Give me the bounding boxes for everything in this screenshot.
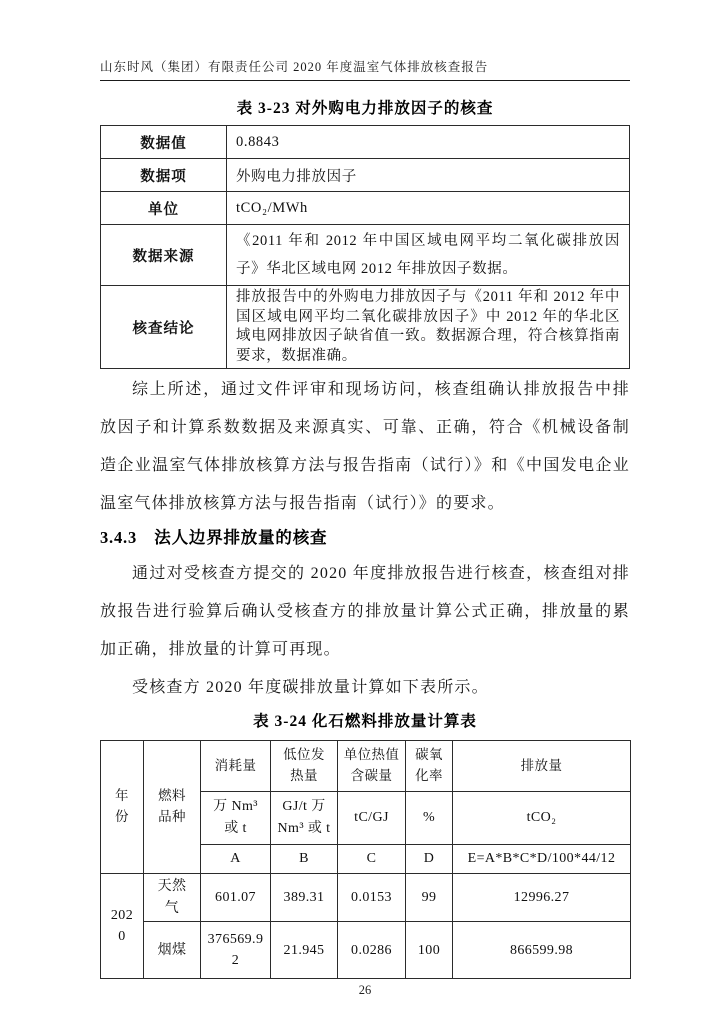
t324-formula-e: E=A*B*C*D/100*44/12 — [453, 845, 631, 874]
table-row: 数据值 0.8843 — [101, 126, 630, 159]
page-content: 山东时风（集团）有限责任公司 2020 年度温室气体排放核查报告 表 3-23 … — [100, 57, 630, 998]
t323-label-data-value: 数据值 — [101, 126, 227, 159]
table-header-row: 年份 燃料品种 消耗量 低位发热量 单位热值含碳量 碳氧化率 排放量 — [101, 741, 631, 792]
page-number: 26 — [100, 983, 630, 998]
table-323: 数据值 0.8843 数据项 外购电力排放因子 单位 tCO₂/MWh 数据来源… — [100, 125, 630, 369]
t323-label-data-item: 数据项 — [101, 159, 227, 192]
t323-value-data-source: 《2011 年和 2012 年中国区域电网平均二氧化碳排放因子》华北区域电网 2… — [227, 225, 630, 286]
running-header-title: 山东时风（集团）有限责任公司 2020 年度温室气体排放核查报告 — [100, 60, 488, 74]
t323-label-verification-conclusion: 核查结论 — [101, 286, 227, 369]
t324-ncv-coal: 21.945 — [271, 922, 338, 979]
t324-carbon-content-natural-gas: 0.0153 — [338, 874, 406, 922]
t324-fuel-natural-gas: 天然气 — [144, 874, 201, 922]
table-data-row-coal: 烟煤 376569.92 21.945 0.0286 100 866599.98 — [101, 922, 631, 979]
t324-consumption-coal: 376569.92 — [201, 922, 271, 979]
t323-label-data-source: 数据来源 — [101, 225, 227, 286]
t323-value-verification-conclusion: 排放报告中的外购电力排放因子与《2011 年和 2012 年中国区域电网平均二氧… — [227, 286, 630, 369]
t324-letter-c: C — [338, 845, 406, 874]
table-row: 单位 tCO₂/MWh — [101, 192, 630, 225]
t324-oxidation-rate-coal: 100 — [406, 922, 453, 979]
t324-oxidation-rate-natural-gas: 99 — [406, 874, 453, 922]
t324-ncv-natural-gas: 389.31 — [271, 874, 338, 922]
t324-letter-d: D — [406, 845, 453, 874]
t324-unit-consumption: 万 Nm³ 或 t — [201, 792, 271, 845]
table-323-caption: 表 3-23 对外购电力排放因子的核查 — [100, 98, 630, 119]
t324-unit-emission: tCO₂ — [453, 792, 631, 845]
t323-label-unit: 单位 — [101, 192, 227, 225]
t324-carbon-content-coal: 0.0286 — [338, 922, 406, 979]
section-paragraph: 通过对受核查方提交的 2020 年度排放报告进行核查，核查组对排放报告进行验算后… — [100, 555, 630, 669]
running-header: 山东时风（集团）有限责任公司 2020 年度温室气体排放核查报告 — [100, 57, 630, 81]
t324-letter-a: A — [201, 845, 271, 874]
document-page: { "page": { "header_title": "山东时风（集团）有限责… — [0, 0, 724, 1024]
table-row: 核查结论 排放报告中的外购电力排放因子与《2011 年和 2012 年中国区域电… — [101, 286, 630, 369]
table-row: 数据项 外购电力排放因子 — [101, 159, 630, 192]
t323-value-data-value: 0.8843 — [227, 126, 630, 159]
t324-emission-natural-gas: 12996.27 — [453, 874, 631, 922]
t323-value-data-item: 外购电力排放因子 — [227, 159, 630, 192]
t324-header-consumption: 消耗量 — [201, 741, 271, 792]
t324-header-emission: 排放量 — [453, 741, 631, 792]
t324-unit-carbon-content: tC/GJ — [338, 792, 406, 845]
t324-fuel-coal: 烟煤 — [144, 922, 201, 979]
table-intro-paragraph: 受核查方 2020 年度碳排放量计算如下表所示。 — [100, 669, 630, 707]
t324-year-cell: 2020 — [101, 874, 144, 979]
t324-header-ncv: 低位发热量 — [271, 741, 338, 792]
t324-consumption-natural-gas: 601.07 — [201, 874, 271, 922]
t324-unit-ncv: GJ/t 万 Nm³ 或 t — [271, 792, 338, 845]
summary-paragraph: 综上所述，通过文件评审和现场访问，核查组确认排放报告中排放因子和计算系数数据及来… — [100, 371, 630, 523]
t324-header-year: 年份 — [101, 741, 144, 874]
table-324: 年份 燃料品种 消耗量 低位发热量 单位热值含碳量 碳氧化率 排放量 万 Nm³… — [100, 740, 631, 979]
t324-unit-oxidation-rate: % — [406, 792, 453, 845]
t324-header-fuel: 燃料品种 — [144, 741, 201, 874]
table-data-row-natural-gas: 2020 天然气 601.07 389.31 0.0153 99 12996.2… — [101, 874, 631, 922]
table-324-caption: 表 3-24 化石燃料排放量计算表 — [100, 711, 630, 732]
section-heading-3-4-3: 3.4.3 法人边界排放量的核查 — [100, 525, 630, 551]
t324-header-carbon-content: 单位热值含碳量 — [338, 741, 406, 792]
table-row: 数据来源 《2011 年和 2012 年中国区域电网平均二氧化碳排放因子》华北区… — [101, 225, 630, 286]
t324-header-oxidation-rate: 碳氧化率 — [406, 741, 453, 792]
t324-emission-coal: 866599.98 — [453, 922, 631, 979]
t324-letter-b: B — [271, 845, 338, 874]
t323-value-unit: tCO₂/MWh — [227, 192, 630, 225]
